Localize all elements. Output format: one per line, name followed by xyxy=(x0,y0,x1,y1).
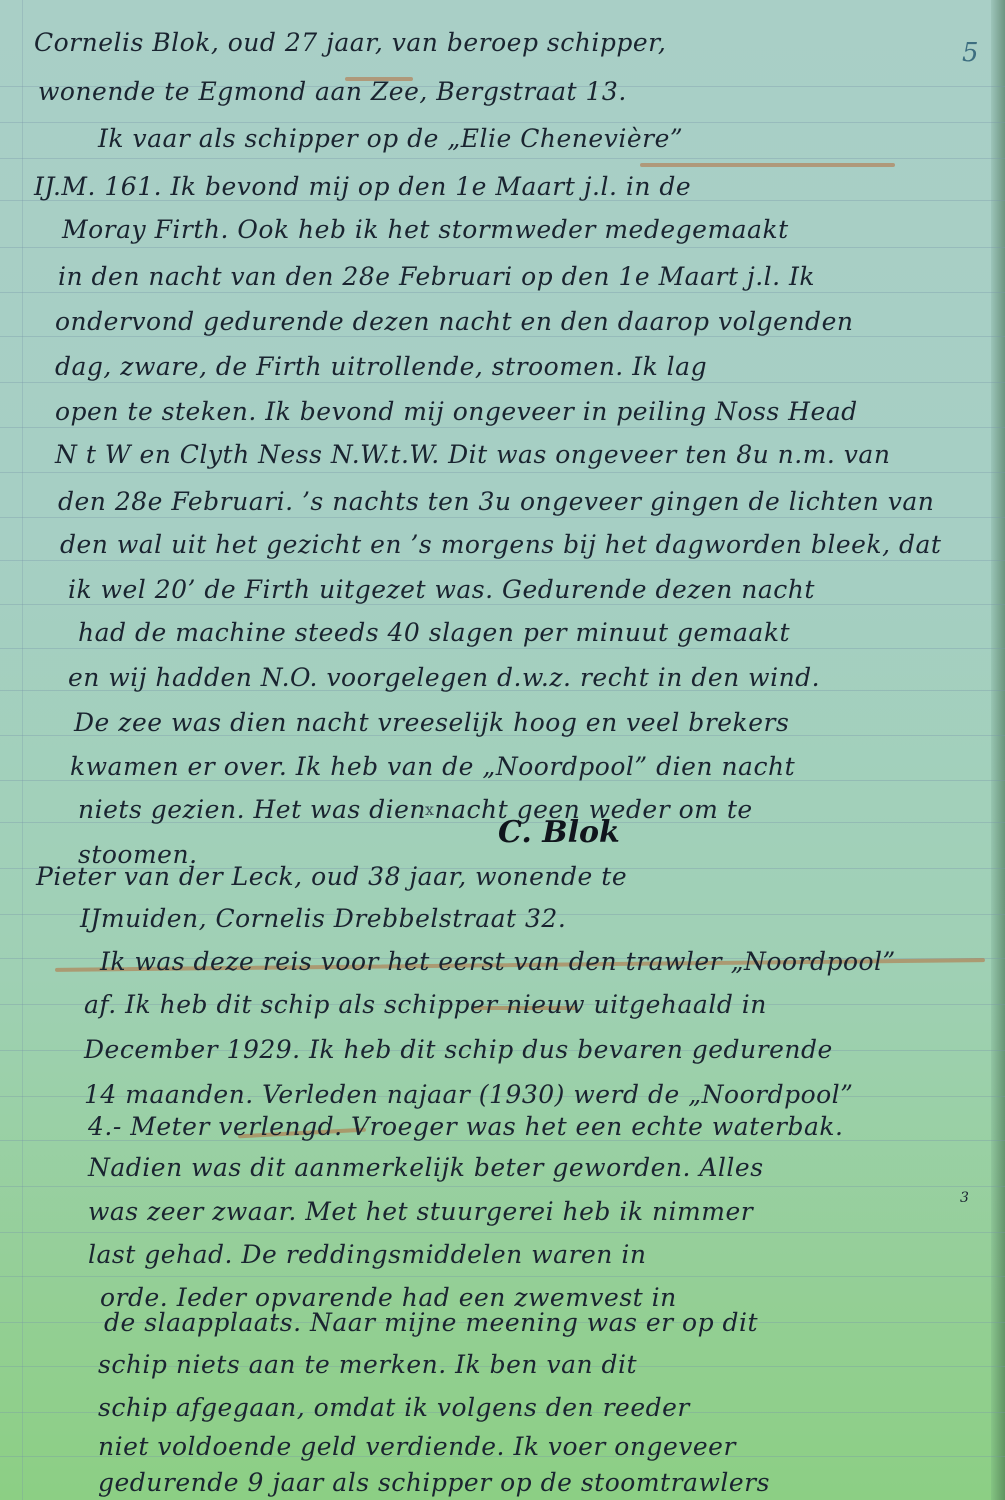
text-line: open te steken. Ik bevond mij ongeveer i… xyxy=(55,397,858,426)
text-line: Pieter van der Leck, oud 38 jaar, wonend… xyxy=(36,862,627,891)
text-line: niet voldoende geld verdiende. Ik voer o… xyxy=(98,1432,736,1461)
margin-note: 3 xyxy=(960,1190,969,1206)
text-line: IJ.M. 161. Ik bevond mij op den 1e Maart… xyxy=(34,172,691,201)
ruling-line xyxy=(0,1276,1005,1277)
ruling-line xyxy=(0,648,1005,649)
page-edge-shadow xyxy=(991,0,1005,1500)
ruling-line xyxy=(0,158,1005,159)
text-line: Ik vaar als schipper op de „Elie Chenevi… xyxy=(98,124,683,153)
text-line: schip niets aan te merken. Ik ben van di… xyxy=(98,1350,637,1379)
text-line: 4.- Meter verlengd. Vroeger was het een … xyxy=(88,1112,843,1141)
text-line: in den nacht van den 28e Februari op den… xyxy=(58,262,815,291)
ruling-line xyxy=(0,517,1005,518)
text-line: den wal uit het gezicht en ’s morgens bi… xyxy=(60,530,941,559)
ruling-line xyxy=(0,292,1005,293)
text-line: af. Ik heb dit schip als schipper nieuw … xyxy=(84,990,767,1019)
red-underline xyxy=(640,163,895,167)
text-line: wonende te Egmond aan Zee, Bergstraat 13… xyxy=(38,77,627,106)
text-line: en wij hadden N.O. voorgelegen d.w.z. re… xyxy=(68,663,820,692)
text-line: niets gezien. Het was dien nacht geen we… xyxy=(78,795,753,824)
text-line: De zee was dien nacht vreeselijk hoog en… xyxy=(74,708,789,737)
text-line: dag, zware, de Firth uitrollende, stroom… xyxy=(55,352,707,381)
text-line: N t W en Clyth Ness N.W.t.W. Dit was ong… xyxy=(55,440,890,469)
ruling-line xyxy=(0,427,1005,428)
text-line: was zeer zwaar. Met het stuurgerei heb i… xyxy=(88,1197,753,1226)
ruling-line xyxy=(0,604,1005,605)
text-line: gedurende 9 jaar als schipper op de stoo… xyxy=(98,1468,770,1497)
text-line: Ik was deze reis voor het eerst van den … xyxy=(100,947,896,976)
signature-c-blok: C. Blok xyxy=(498,815,620,850)
ruling-line xyxy=(0,1232,1005,1233)
page-number: 5 xyxy=(962,38,979,68)
text-line: Cornelis Blok, oud 27 jaar, van beroep s… xyxy=(34,28,666,57)
ruling-line xyxy=(0,560,1005,561)
ruling-line xyxy=(0,1186,1005,1187)
text-line: den 28e Februari. ’s nachts ten 3u ongev… xyxy=(58,487,934,516)
text-line: 14 maanden. Verleden najaar (1930) werd … xyxy=(84,1080,853,1109)
text-line: ondervond gedurende dezen nacht en den d… xyxy=(55,307,853,336)
margin-rule xyxy=(22,0,23,1500)
text-line: ik wel 20’ de Firth uitgezet was. Gedure… xyxy=(68,575,815,604)
ruling-line xyxy=(0,247,1005,248)
text-line: Nadien was dit aanmerkelijk beter geword… xyxy=(88,1153,764,1182)
text-line: Moray Firth. Ook heb ik het stormweder m… xyxy=(62,215,789,244)
text-line: kwamen er over. Ik heb van de „Noordpool… xyxy=(70,752,795,781)
ledger-page: 5 Cornelis Blok, oud 27 jaar, van beroep… xyxy=(0,0,1005,1500)
text-line: IJmuiden, Cornelis Drebbelstraat 32. xyxy=(80,904,566,933)
ruling-line xyxy=(0,472,1005,473)
ruling-line xyxy=(0,382,1005,383)
text-line: last gehad. De reddingsmiddelen waren in xyxy=(88,1240,646,1269)
text-line: December 1929. Ik heb dit schip dus beva… xyxy=(84,1035,833,1064)
text-line: had de machine steeds 40 slagen per minu… xyxy=(78,618,790,647)
ruling-line xyxy=(0,122,1005,123)
text-line: schip afgegaan, omdat ik volgens den ree… xyxy=(98,1393,690,1422)
text-line: de slaapplaats. Naar mijne meening was e… xyxy=(104,1308,758,1337)
ruling-line xyxy=(0,336,1005,337)
x-mark: x xyxy=(425,800,434,819)
